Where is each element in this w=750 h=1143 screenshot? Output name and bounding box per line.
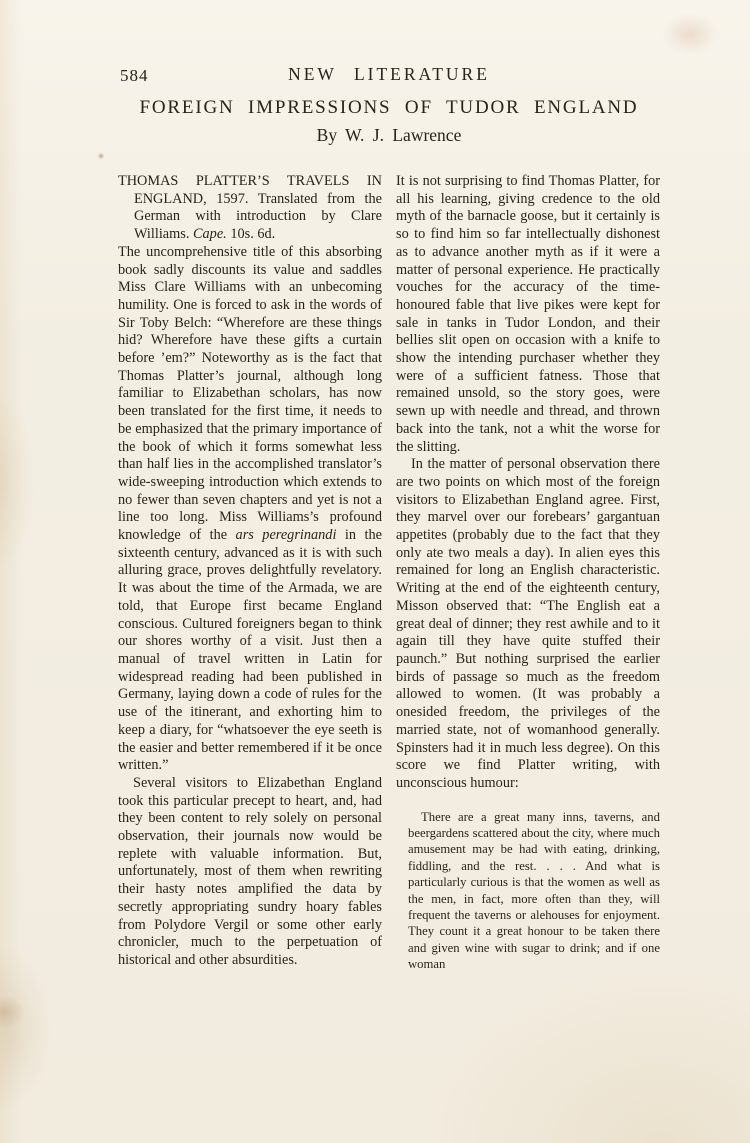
running-head: NEW LITERATURE [288,64,490,84]
paragraph-1: The uncomprehensive title of this absorb… [118,244,382,775]
page-header: 584 NEW LITERATURE FOREIGN IMPRESSIONS O… [118,64,660,146]
paragraph-1-latin-phrase: ars peregrinandi [236,527,337,543]
running-head-row: 584 NEW LITERATURE [118,64,660,87]
citation-price: 10s. 6d. [227,226,275,242]
page-number: 584 [120,66,149,86]
citation-publisher: Cape. [193,226,227,242]
paragraph-4: In the matter of personal observation th… [396,456,660,792]
book-page-scan: 584 NEW LITERATURE FOREIGN IMPRESSIONS O… [0,0,750,1143]
paragraph-3: It is not surprising to find Thomas Plat… [396,173,660,456]
paragraph-2: Several visitors to Elizabethan England … [118,775,382,970]
article-body: THOMAS PLATTER’S TRAVELS IN ENGLAND, 159… [118,173,660,973]
paragraph-1-text: The uncomprehensive title of this absorb… [118,244,382,543]
paragraph-1-text-continued: in the sixteenth century, advanced as it… [118,527,382,773]
book-citation: THOMAS PLATTER’S TRAVELS IN ENGLAND, 159… [118,173,382,244]
byline: By W. J. Lawrence [118,125,660,146]
block-quote-platter-excerpt: There are a great many inns, taverns, an… [408,809,660,973]
left-column: THOMAS PLATTER’S TRAVELS IN ENGLAND, 159… [118,173,382,973]
right-column: It is not surprising to find Thomas Plat… [396,173,660,973]
article-title: FOREIGN IMPRESSIONS OF TUDOR ENGLAND [118,97,660,119]
